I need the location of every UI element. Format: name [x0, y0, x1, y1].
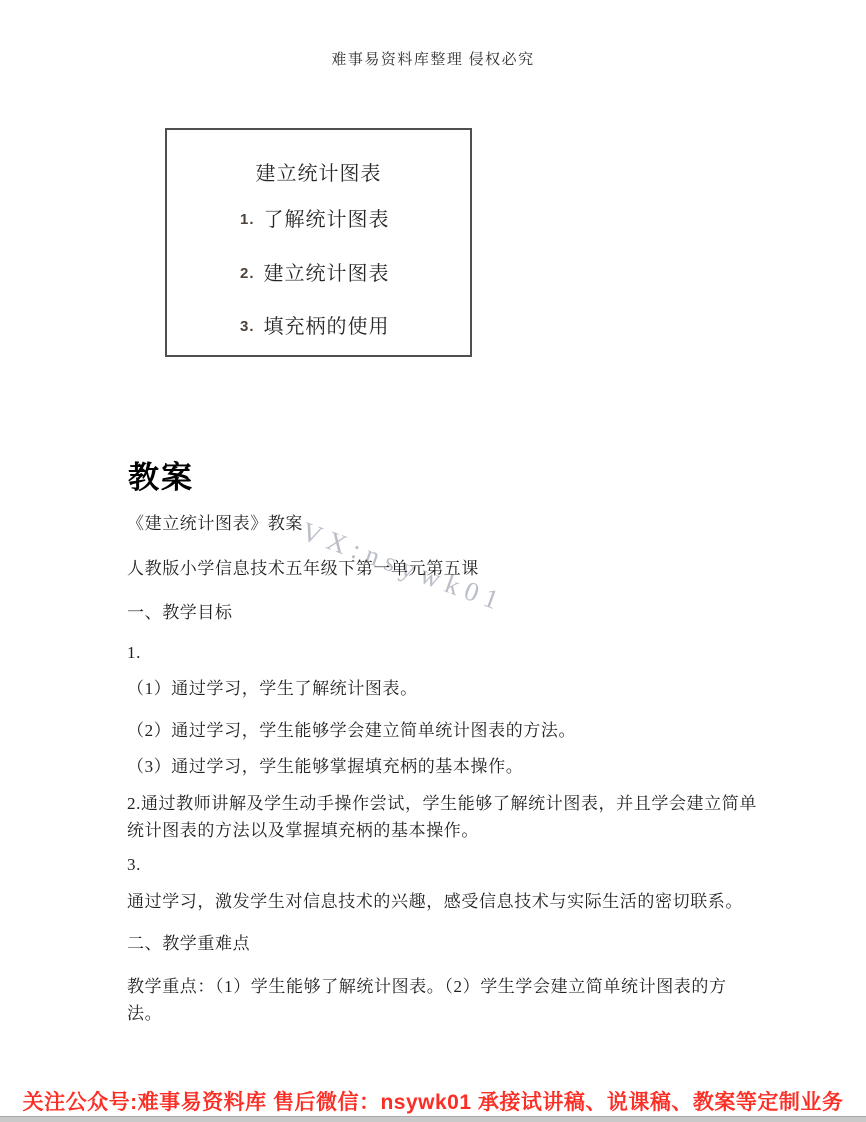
slide-item-number: 1. [240, 211, 255, 228]
slide-item-label: 填充柄的使用 [264, 316, 390, 338]
doc-line: 通过学习，激发学生对信息技术的兴趣，感受信息技术与实际生活的密切联系。 [127, 890, 777, 914]
doc-line: 统计图表的方法以及掌握填充柄的基本操作。 [127, 819, 777, 843]
doc-heading: 教案 [128, 452, 194, 497]
slide-list-item: 3.填充柄的使用 [240, 310, 390, 339]
doc-line: 一、教学目标 [127, 601, 777, 625]
slide-item-label: 了解统计图表 [264, 209, 390, 231]
doc-line: 1. [127, 641, 777, 665]
slide-item-number: 2. [240, 265, 255, 282]
slide-image-box: 建立统计图表 1.了解统计图表 2.建立统计图表 3.填充柄的使用 [165, 128, 472, 357]
doc-line: 3. [127, 853, 777, 877]
slide-item-label: 建立统计图表 [264, 263, 390, 285]
slide-list-item: 2.建立统计图表 [240, 257, 390, 286]
doc-line: （2）通过学习，学生能够学会建立简单统计图表的方法。 [127, 719, 777, 743]
doc-line: 法。 [127, 1002, 777, 1026]
doc-line: 《建立统计图表》教案 [127, 512, 777, 536]
slide-title: 建立统计图表 [167, 157, 470, 186]
doc-line: 人教版小学信息技术五年级下第一单元第五课 [127, 557, 777, 581]
doc-line: 教学重点：（1）学生能够了解统计图表。（2）学生学会建立简单统计图表的方 [127, 975, 777, 999]
footer-promo-text: 关注公众号:难事易资料库 售后微信：nsywk01 承接试讲稿、说课稿、教案等定… [0, 1086, 866, 1116]
slide-item-number: 3. [240, 318, 255, 335]
slide-list-item: 1.了解统计图表 [240, 203, 390, 232]
doc-line: （1）通过学习，学生了解统计图表。 [127, 677, 777, 701]
document-page: 难事易资料库整理 侵权必究 建立统计图表 1.了解统计图表 2.建立统计图表 3… [0, 0, 866, 1122]
page-bottom-edge [0, 1116, 866, 1122]
page-header-note: 难事易资料库整理 侵权必究 [0, 48, 866, 69]
doc-line: （3）通过学习，学生能够掌握填充柄的基本操作。 [127, 755, 777, 779]
doc-line: 二、教学重难点 [127, 932, 777, 956]
doc-line: 2.通过教师讲解及学生动手操作尝试，学生能够了解统计图表，并且学会建立简单 [127, 792, 777, 816]
